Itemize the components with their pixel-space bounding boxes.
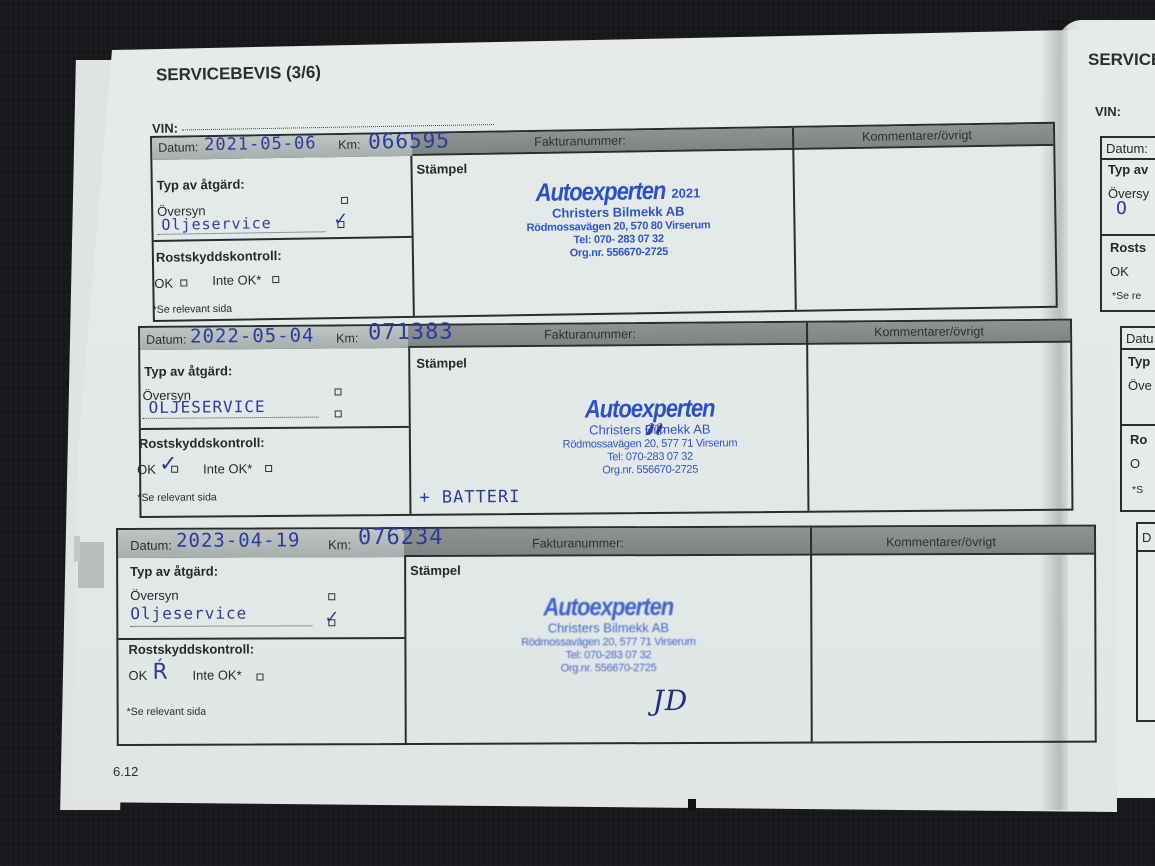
rostskydd-label: Rostskyddskontroll: <box>128 642 254 657</box>
km-label: Km: <box>328 537 351 552</box>
stamp-phone: Tel: 070-283 07 32 <box>498 649 718 663</box>
divider <box>810 528 813 742</box>
workshop-stamp: Autoexperten Christers Bilmekk AB Rödmos… <box>545 395 756 478</box>
right-datum-label: Datum: <box>1106 141 1148 156</box>
check-mark: ✓ <box>159 452 178 477</box>
fakturanummer-label: Fakturanummer: <box>534 134 626 149</box>
page-title: SERVICEBEVIS (3/6) <box>156 63 321 86</box>
kommentarer-label: Kommentarer/övrigt <box>886 535 996 549</box>
rust-ok-checkbox[interactable] <box>180 279 187 286</box>
se-relevant-note: *Se relevant sida <box>137 491 216 504</box>
oversyn-checkbox[interactable] <box>328 593 335 600</box>
ok-label: OK <box>128 668 147 683</box>
se-relevant-note: *Se relevant sida <box>153 303 233 316</box>
ok-label: OK <box>154 276 173 291</box>
km-value: 076234 <box>358 525 444 550</box>
stamp-org: Org.nr. 556670-2725 <box>514 245 724 261</box>
right-page-entry-1: Datum: Typ av Översy O Rosts OK *Se re <box>1100 136 1155 312</box>
right-page-title: SERVICEBEVIS <box>1088 50 1155 70</box>
oversyn-checkbox[interactable] <box>334 388 341 395</box>
right-oversyn-label: Översy <box>1108 186 1149 201</box>
divider <box>141 426 409 430</box>
service-note-line <box>130 625 312 627</box>
km-label: Km: <box>338 138 360 152</box>
service-entry-2: Datum: 2022-05-04 Km: 071383 Fakturanumm… <box>138 319 1073 518</box>
date-value: 2021-05-06 <box>204 133 317 155</box>
divider <box>154 236 412 242</box>
stampel-label: Stämpel <box>416 161 467 177</box>
right-oversyn-label: Öve <box>1128 378 1152 393</box>
datum-label: Datum: <box>130 538 172 553</box>
rust-not-ok-checkbox[interactable] <box>272 276 279 283</box>
right-ok-label: O <box>1130 456 1140 471</box>
page-tab-marker <box>78 542 104 588</box>
km-value: 071383 <box>368 320 454 346</box>
right-typ-label: Typ av <box>1108 162 1148 177</box>
workshop-stamp: Autoexperten2021 Christers Bilmekk AB Rö… <box>513 177 724 262</box>
inte-ok-label: Inte OK* <box>203 461 252 476</box>
service-entry-3: Datum: 2023-04-19 Km: 076234 Fakturanumm… <box>116 525 1097 746</box>
km-label: Km: <box>336 331 358 345</box>
right-ok-label: OK <box>1110 264 1129 279</box>
stamp-company: Christers Bilmekk AB <box>498 620 718 636</box>
signature-scribble: 𝓃 <box>645 404 666 445</box>
km-value: 066595 <box>368 128 450 153</box>
right-handwritten: O <box>1116 198 1128 219</box>
rostskydd-label: Rostskyddskontroll: <box>139 435 265 451</box>
stampel-label: Stämpel <box>416 355 467 370</box>
service-note: Oljeservice <box>161 214 272 234</box>
right-se-label: *Se re <box>1112 290 1141 302</box>
service-note-line <box>143 417 319 419</box>
right-page-entry-3: D <box>1136 522 1155 722</box>
divider <box>806 323 809 511</box>
page-number: 6.12 <box>113 764 138 779</box>
stamp-address: Rödmossavägen 20, 577 71 Virserum <box>498 636 718 650</box>
kommentarer-label: Kommentarer/övrigt <box>874 324 984 339</box>
divider <box>408 348 411 514</box>
fakturanummer-label: Fakturanummer: <box>532 536 624 550</box>
stamp-brand: Autoexperten <box>535 176 665 208</box>
stamp-org: Org.nr. 556670-2725 <box>498 662 718 676</box>
right-page-vin-label: VIN: <box>1095 104 1121 119</box>
inte-ok-label: Inte OK* <box>192 668 241 683</box>
bottom-mark <box>688 799 696 811</box>
inte-ok-label: Inte OK* <box>212 272 261 288</box>
typ-av-atgard-label: Typ av åtgärd: <box>157 177 245 193</box>
workshop-stamp: Autoexperten Christers Bilmekk AB Rödmos… <box>498 594 718 676</box>
stampel-label: Stämpel <box>410 563 461 578</box>
oversyn-label: Översyn <box>130 588 178 603</box>
rostskydd-label: Rostskyddskontroll: <box>156 248 282 265</box>
rust-not-ok-checkbox[interactable] <box>257 673 264 680</box>
stamp-org: Org.nr. 556670-2725 <box>545 464 755 479</box>
rust-not-ok-checkbox[interactable] <box>265 465 272 472</box>
datum-label: Datum: <box>158 140 199 155</box>
oversyn-checkbox[interactable] <box>341 197 348 204</box>
right-datum-label: D <box>1142 530 1151 545</box>
right-rost-label: Rosts <box>1110 240 1146 255</box>
service-entry-1: Datum: 2021-05-06 Km: 066595 Fakturanumm… <box>150 122 1058 322</box>
divider <box>118 637 404 640</box>
datum-label: Datum: <box>146 333 186 347</box>
check-mark: ✓ <box>324 607 339 628</box>
service-note: OLJESERVICE <box>149 397 266 417</box>
other-service-checkbox[interactable] <box>335 410 342 417</box>
fakturanummer-label: Fakturanummer: <box>544 327 636 342</box>
se-relevant-note: *Se relevant sida <box>127 706 206 718</box>
stamp-brand: Autoexperten <box>543 592 673 623</box>
divider <box>792 128 797 310</box>
stamp-note: + BATTERI <box>419 487 520 508</box>
right-rost-label: Ro <box>1130 432 1147 447</box>
divider <box>404 557 407 743</box>
check-mark: Ŕ <box>152 660 167 685</box>
signature: JD <box>653 684 689 717</box>
ok-label: OK <box>137 462 156 477</box>
date-value: 2023-04-19 <box>176 529 300 551</box>
kommentarer-label: Kommentarer/övrigt <box>862 128 972 144</box>
right-page-entry-2: Datu Typ Öve Ro O *S <box>1120 326 1155 512</box>
right-datum-label: Datu <box>1126 331 1153 346</box>
stamp-year: 2021 <box>671 185 700 200</box>
typ-av-atgard-label: Typ av åtgärd: <box>130 564 218 579</box>
check-mark: ✓ <box>333 209 348 230</box>
right-se-label: *S <box>1132 484 1143 496</box>
right-typ-label: Typ <box>1128 354 1150 369</box>
service-note: Oljeservice <box>130 604 247 623</box>
date-value: 2022-05-04 <box>190 325 315 348</box>
vin-label: VIN: <box>152 121 178 136</box>
typ-av-atgard-label: Typ av åtgärd: <box>144 363 232 379</box>
